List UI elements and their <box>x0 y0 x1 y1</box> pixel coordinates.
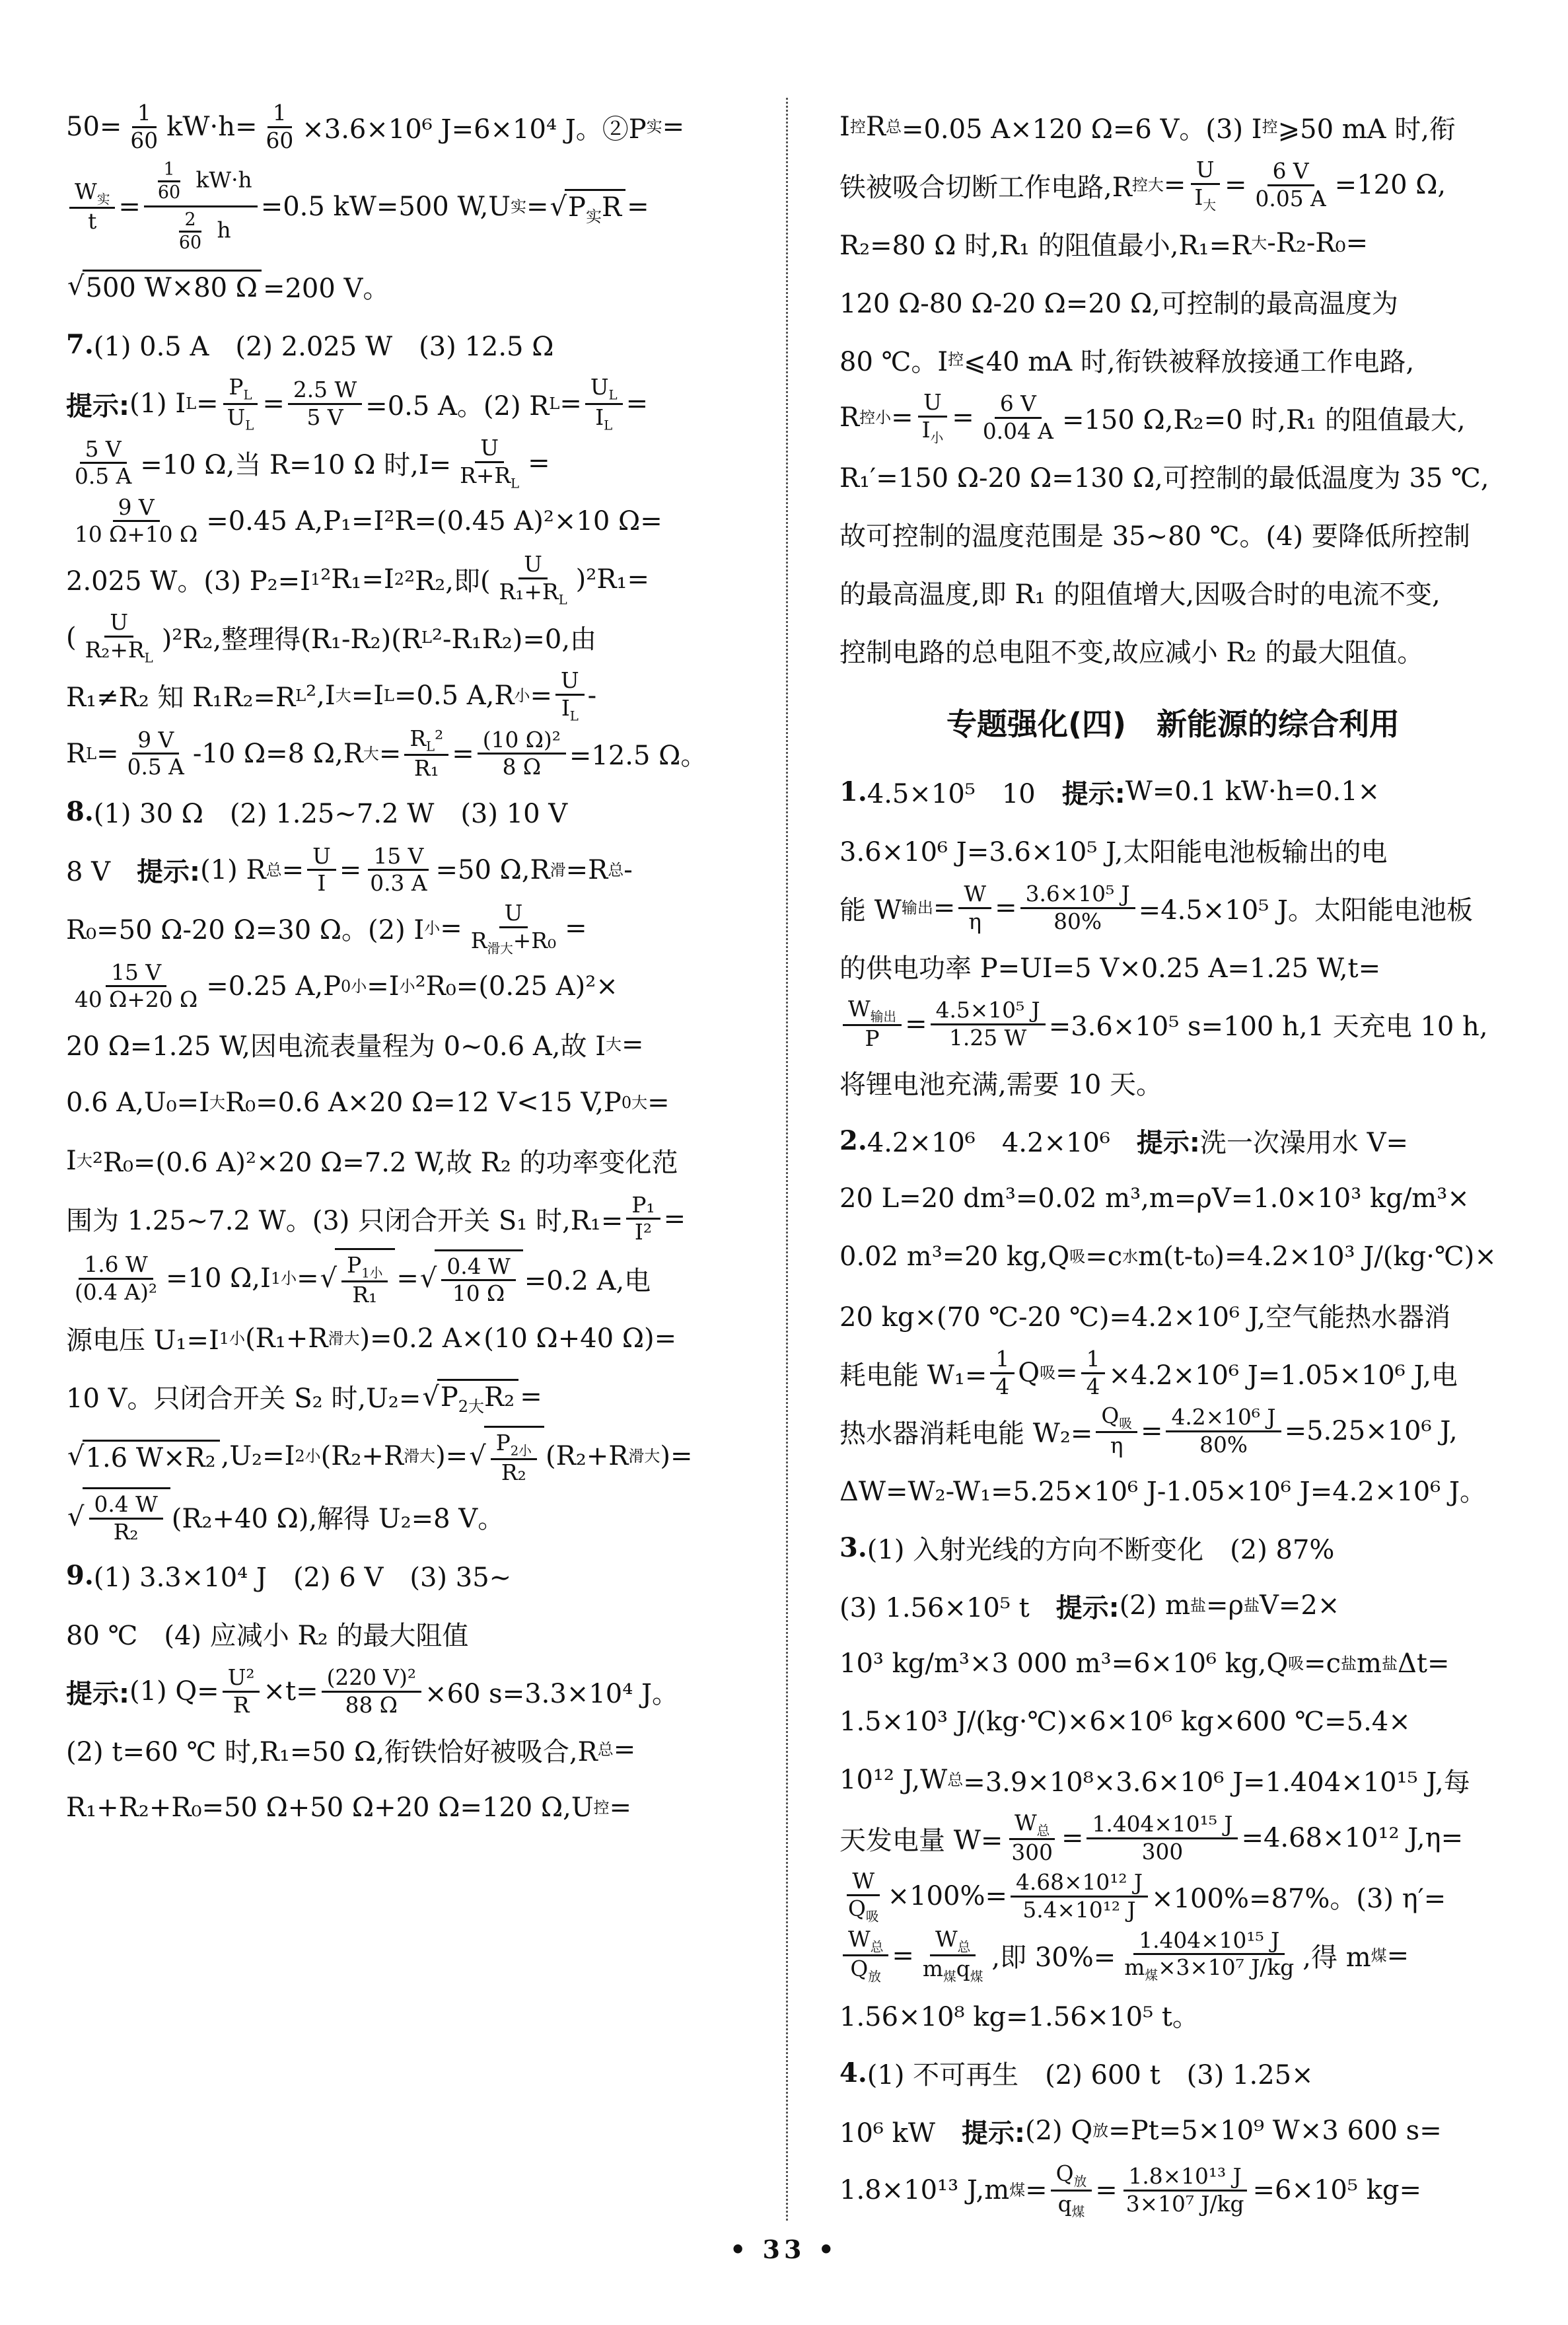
text-line: W总Q放=W总m煤q煤,即 30%=1.404×10¹⁵ Jm煤×3×10⁷ J… <box>839 1925 1507 1985</box>
text-line: R₁≠R₂ 知 R₁R₂=RL²,I大=IL=0.5 A,R小=UIL- <box>66 667 733 725</box>
page: 50=160 kW·h=160×3.6×10⁶ J=6×10⁴ J。②P实=W实… <box>0 0 1568 2325</box>
text-line: 10¹² J,W总=3.9×10⁸×3.6×10⁶ J=1.404×10¹⁵ J… <box>839 1751 1507 1809</box>
page-number: • 33 • <box>0 2234 1568 2264</box>
text-line: 1.8×10¹³ J,m煤=Q放q煤=1.8×10¹³ J3×10⁷ J/kg=… <box>839 2160 1507 2220</box>
text-line: W实t=160 kW·h260 h=0.5 kW=500 W,U实=√P实R= <box>66 156 733 257</box>
text-line: 0.02 m³=20 kg,Q吸=c水m(t-t₀)=4.2×10³ J/(kg… <box>839 1228 1507 1286</box>
text-line: 50=160 kW·h=160×3.6×10⁶ J=6×10⁴ J。②P实= <box>66 98 733 156</box>
text-line: 7. (1) 0.5 A (2) 2.025 W (3) 12.5 Ω <box>66 315 733 373</box>
text-line: 15 V40 Ω+20 Ω=0.25 A,P0小=I小²R₀=(0.25 A)²… <box>66 957 733 1015</box>
right-column: I控R总=0.05 A×120 Ω=6 V。(3) I控⩾50 mA 时,衔铁被… <box>839 98 1507 2221</box>
text-line: 3. (1) 入射光线的方向不断变化 (2) 87% <box>839 1518 1507 1576</box>
text-line: 4. (1) 不可再生 (2) 600 t (3) 1.25× <box>839 2044 1507 2102</box>
text-line: 控制电路的总电阻不变,故应减小 R₂ 的最大阻值。 <box>839 621 1507 679</box>
text-line: √0.4 WR₂(R₂+40 Ω),解得 U₂=8 V。 <box>66 1487 733 1546</box>
text-line: 8. (1) 30 Ω (2) 1.25~7.2 W (3) 10 V <box>66 783 733 841</box>
text-line: I大²R₀=(0.6 A)²×20 Ω=7.2 W,故 R₂ 的功率变化范 <box>66 1132 733 1190</box>
text-line: 80 ℃。I控⩽40 mA 时,衔铁被释放接通工作电路, <box>839 330 1507 388</box>
text-line: 提示:(1) IL=PLUL=2.5 W5 V=0.5 A。(2) RL=ULI… <box>66 373 733 433</box>
text-line: 80 ℃ (4) 应减小 R₂ 的最大阻值 <box>66 1604 733 1662</box>
text-line: 120 Ω-80 Ω-20 Ω=20 Ω,可控制的最高温度为 <box>839 272 1507 330</box>
text-line: 20 kg×(70 ℃-20 ℃)=4.2×10⁶ J,空气能热水器消 <box>839 1286 1507 1344</box>
text-line: 8 V 提示:(1) R总=UI=15 V0.3 A=50 Ω,R滑=R总- <box>66 841 733 899</box>
text-line: (2) t=60 ℃ 时,R₁=50 Ω,衔铁恰好被吸合,R总= <box>66 1720 733 1779</box>
text-line: 热水器消耗电能 W₂=Q吸η=4.2×10⁶ J80%=5.25×10⁶ J, <box>839 1402 1507 1460</box>
text-line: R₀=50 Ω-20 Ω=30 Ω。(2) I小=UR滑大+R₀= <box>66 899 733 957</box>
two-column-layout: 50=160 kW·h=160×3.6×10⁶ J=6×10⁴ J。②P实=W实… <box>66 98 1509 2221</box>
text-line: (UR₂+RL)²R₂,整理得(R₁-R₂)(RL²-R₁R₂)=0,由 <box>66 609 733 667</box>
text-line: 10³ kg/m³×3 000 m³=6×10⁶ kg,Q吸=c盐m盐Δt= <box>839 1635 1507 1693</box>
text-line: 源电压 U₁=I1小(R₁+R滑大)=0.2 A×(10 Ω+40 Ω)= <box>66 1310 733 1368</box>
left-column: 50=160 kW·h=160×3.6×10⁶ J=6×10⁴ J。②P实=W实… <box>66 98 733 2221</box>
right-column-bottom: 1. 4.5×10⁵ 10 提示:W=0.1 kW·h=0.1×3.6×10⁶ … <box>839 762 1507 2221</box>
right-column-top: I控R总=0.05 A×120 Ω=6 V。(3) I控⩾50 mA 时,衔铁被… <box>839 98 1507 679</box>
text-line: 9 V10 Ω+10 Ω=0.45 A,P₁=I²R=(0.45 A)²×10 … <box>66 492 733 550</box>
text-line: 9. (1) 3.3×10⁴ J (2) 6 V (3) 35~ <box>66 1546 733 1604</box>
text-line: 10 V。只闭合开关 S₂ 时,U₂=√P2大R₂= <box>66 1368 733 1426</box>
text-line: 2. 4.2×10⁶ 4.2×10⁶ 提示:洗一次澡用水 V= <box>839 1111 1507 1169</box>
text-line: 10⁶ kW 提示:(2) Q放=Pt=5×10⁹ W×3 600 s= <box>839 2102 1507 2160</box>
text-line: 1.56×10⁸ kg=1.56×10⁵ t。 <box>839 1985 1507 2044</box>
text-line: (3) 1.56×10⁵ t 提示:(2) m盐=ρ盐V=2× <box>839 1576 1507 1635</box>
text-line: 将锂电池充满,需要 10 天。 <box>839 1053 1507 1111</box>
text-line: R₂=80 Ω 时,R₁ 的阻值最小,R₁=R大-R₂-R₀= <box>839 214 1507 272</box>
text-line: 20 Ω=1.25 W,因电流表量程为 0~0.6 A,故 I大= <box>66 1015 733 1074</box>
text-line: 0.6 A,U₀=I大R₀=0.6 A×20 Ω=12 V<15 V,P0大= <box>66 1074 733 1132</box>
text-line: 围为 1.25~7.2 W。(3) 只闭合开关 S₁ 时,R₁=P₁I²= <box>66 1190 733 1248</box>
text-line: 天发电量 W=W总300=1.404×10¹⁵ J300=4.68×10¹² J… <box>839 1809 1507 1867</box>
text-line: 耗电能 W₁=14Q吸=14×4.2×10⁶ J=1.05×10⁶ J,电 <box>839 1344 1507 1402</box>
text-line: 3.6×10⁶ J=3.6×10⁵ J,太阳能电池板输出的电 <box>839 821 1507 879</box>
text-line: 的最高温度,即 R₁ 的阻值增大,因吸合时的电流不变, <box>839 563 1507 621</box>
text-line: R₁+R₂+R₀=50 Ω+50 Ω+20 Ω=120 Ω,U控= <box>66 1779 733 1837</box>
text-line: 的供电功率 P=UI=5 V×0.25 A=1.25 W,t= <box>839 937 1507 995</box>
text-line: 1.6 W(0.4 A)²=10 Ω,I1小=√P1小R₁=√0.4 W10 Ω… <box>66 1248 733 1310</box>
text-line: R控小=UI小=6 V0.04 A=150 Ω,R₂=0 时,R₁ 的阻值最大, <box>839 388 1507 447</box>
column-divider <box>786 98 788 2221</box>
text-line: 铁被吸合切断工作电路,R控大=UI大=6 V0.05 A=120 Ω, <box>839 156 1507 214</box>
text-line: 5 V0.5 A=10 Ω,当 R=10 Ω 时,I=UR+RL= <box>66 434 733 492</box>
text-line: √500 W×80 Ω=200 V。 <box>66 257 733 315</box>
text-line: 20 L=20 dm³=0.02 m³,m=ρV=1.0×10³ kg/m³× <box>839 1169 1507 1228</box>
text-line: W输出P=4.5×10⁵ J1.25 W=3.6×10⁵ s=100 h,1 天… <box>839 995 1507 1053</box>
text-line: √1.6 W×R₂,U₂=I2小(R₂+R滑大)=√P2小R₂(R₂+R滑大)= <box>66 1426 733 1487</box>
text-line: 1.5×10³ J/(kg·℃)×6×10⁶ kg×600 ℃=5.4× <box>839 1693 1507 1751</box>
text-line: 提示:(1) Q=U²R×t=(220 V)²88 Ω×60 s=3.3×10⁴… <box>66 1662 733 1720</box>
section-title: 专题强化(四) 新能源的综合利用 <box>839 699 1507 745</box>
text-line: 能 W输出=Wη=3.6×10⁵ J80%=4.5×10⁵ J。太阳能电池板 <box>839 879 1507 937</box>
text-line: RL=9 V0.5 A-10 Ω=8 Ω,R大=RL²R₁=(10 Ω)²8 Ω… <box>66 725 733 783</box>
text-line: WQ吸×100%=4.68×10¹² J5.4×10¹² J×100%=87%。… <box>839 1867 1507 1925</box>
text-line: ΔW=W₂-W₁=5.25×10⁶ J-1.05×10⁶ J=4.2×10⁶ J… <box>839 1460 1507 1518</box>
text-line: I控R总=0.05 A×120 Ω=6 V。(3) I控⩾50 mA 时,衔 <box>839 98 1507 156</box>
text-line: 2.025 W。(3) P₂=I1²R₁=I2²R₂,即(UR₁+RL)²R₁= <box>66 550 733 609</box>
text-line: R₁′=150 Ω-20 Ω=130 Ω,可控制的最低温度为 35 ℃, <box>839 447 1507 505</box>
text-line: 故可控制的温度范围是 35~80 ℃。(4) 要降低所控制 <box>839 505 1507 563</box>
text-line: 1. 4.5×10⁵ 10 提示:W=0.1 kW·h=0.1× <box>839 762 1507 821</box>
